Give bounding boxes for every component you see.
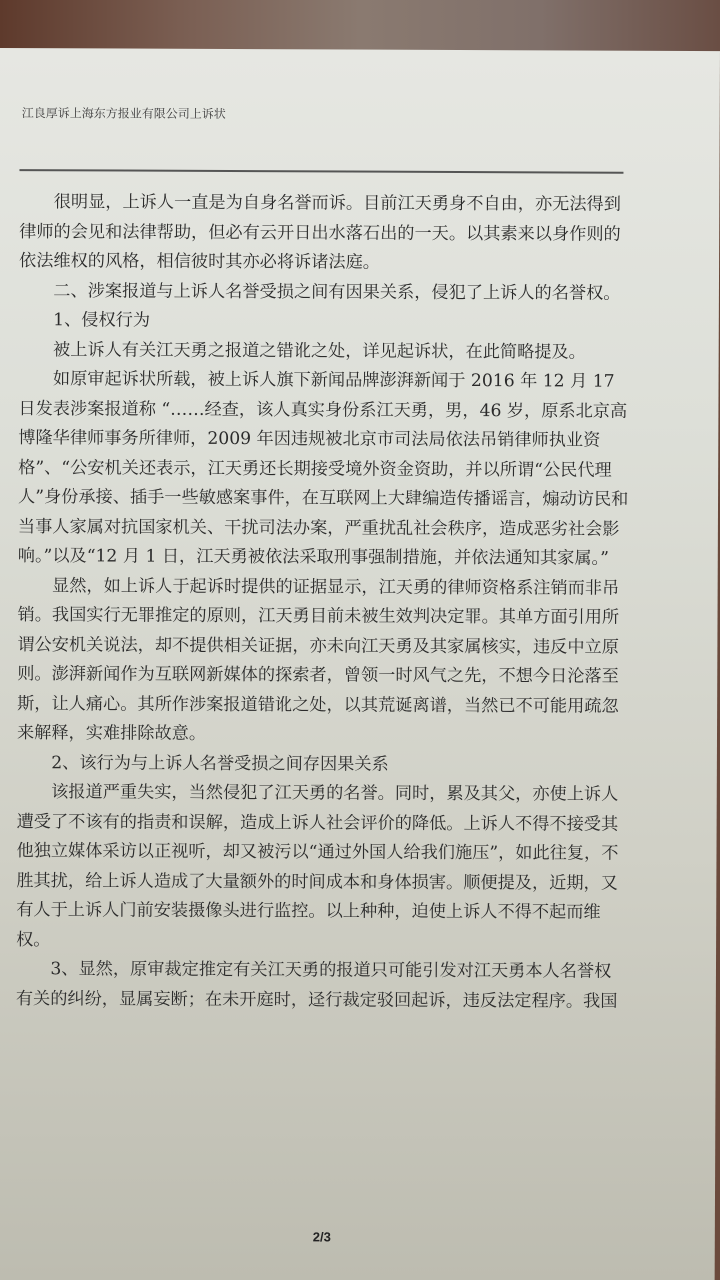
subsection-heading-2: 2、该行为与上诉人名誉受损之间存因果关系	[17, 749, 629, 781]
paragraph-analysis: 显然，如上诉人于起诉时提供的证据显示，江天勇的律师资格系注销而非吊销。我国实行无…	[17, 572, 630, 752]
paragraph-reputation: 很明显，上诉人一直是为自身名誉而诉。目前江天勇身不自由，亦无法得到律师的会见和法…	[19, 188, 631, 279]
document-body: 很明显，上诉人一直是为自身名誉而诉。目前江天勇身不自由，亦无法得到律师的会见和法…	[16, 188, 632, 1017]
document-header: 江良厚诉上海东方报业有限公司上诉状	[22, 104, 622, 124]
page-number: 2/3	[313, 1229, 331, 1244]
photo-background	[0, 0, 720, 52]
paragraph-errors: 被上诉人有关江天勇之报道之错讹之处，详见起诉状，在此简略提及。	[19, 336, 631, 368]
paragraph-quoted-report: 如原审起诉状所载，被上诉人旗下新闻品牌澎湃新闻于 2016 年 12 月 17 …	[18, 365, 631, 574]
document-page: 江良厚诉上海东方报业有限公司上诉状 很明显，上诉人一直是为自身名誉而诉。目前江天…	[0, 48, 720, 1280]
paragraph-causation: 该报道严重失实，当然侵犯了江天勇的名誉。同时，累及其父，亦使上诉人遭受了不该有的…	[16, 778, 629, 958]
subsection-heading-1: 1、侵权行为	[19, 306, 631, 338]
header-divider	[19, 169, 623, 174]
paragraph-point-3: 3、显然，原审裁定推定有关江天勇的报道只可能引发对江天勇本人名誉权有关的纠纷，显…	[16, 955, 628, 1017]
section-heading-2: 二、涉案报道与上诉人名誉受损之间有因果关系，侵犯了上诉人的名誉权。	[19, 277, 631, 309]
